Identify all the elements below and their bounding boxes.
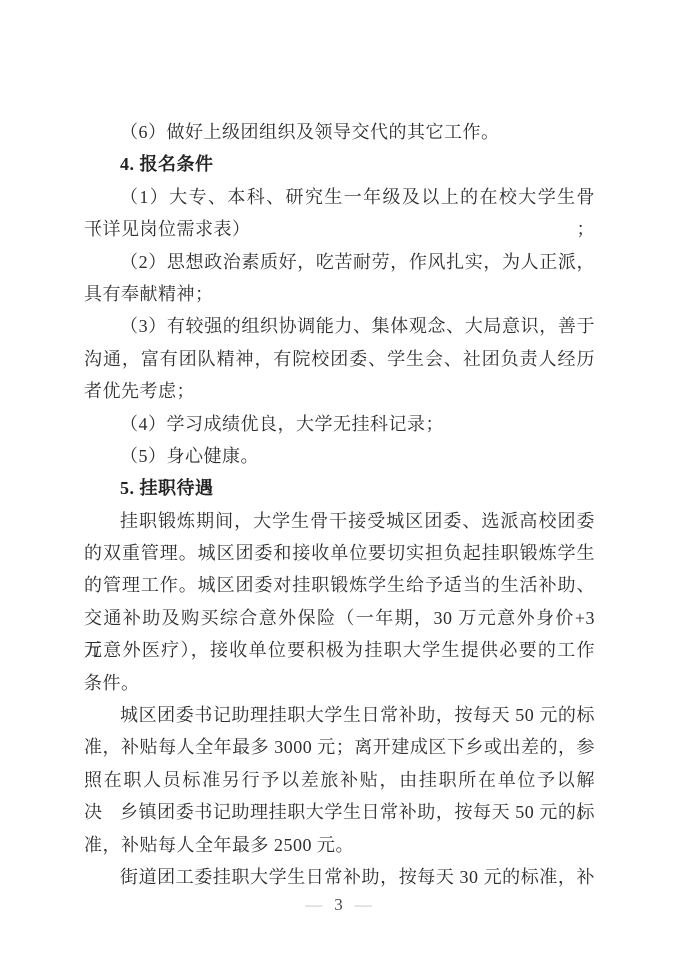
paragraph-line: （5）身心健康。 [84, 440, 595, 472]
document-page: （6）做好上级团组织及领导交代的其它工作。 4. 报名条件 （1）大专、本科、研… [0, 0, 679, 960]
paragraph-line: 条件。 [84, 667, 595, 699]
footer-dash-left: — [305, 895, 324, 914]
paragraph-line: 照在职人员标准另行予以差旅补贴，由挂职所在单位予以解决。 [84, 764, 595, 796]
paragraph-line: （3）有较强的组织协调能力、集体观念、大局意识，善于 [84, 310, 595, 342]
paragraph-line: 城区团委书记助理挂职大学生日常补助，按每天 50 元的标 [84, 699, 595, 731]
paragraph-line: 准，补贴每人全年最多 3000 元；离开建成区下乡或出差的，参 [84, 731, 595, 763]
paragraph-line: 具有奉献精神； [84, 278, 595, 310]
paragraph-line: 乡镇团委书记助理挂职大学生日常补助，按每天 50 元的标 [84, 796, 595, 828]
paragraph-line: 的管理工作。城区团委对挂职锻炼学生给予适当的生活补助、 [84, 569, 595, 601]
paragraph-line: （2）思想政治素质好，吃苦耐劳，作风扎实，为人正派， [84, 246, 595, 278]
paragraph-line: 沟通，富有团队精神，有院校团委、学生会、社团负责人经历 [84, 343, 595, 375]
paragraph-line: （6）做好上级团组织及领导交代的其它工作。 [84, 116, 595, 148]
footer-dash-right: — [355, 895, 374, 914]
paragraph-line: 元意外医疗），接收单位要积极为挂职大学生提供必要的工作 [84, 634, 595, 666]
page-footer: —3— [84, 894, 595, 916]
paragraph-line: 者优先考虑； [84, 375, 595, 407]
paragraph-line: 交通补助及购买综合意外保险（一年期，30 万元意外身价+3 万 [84, 602, 595, 634]
section-heading-5: 5. 挂职待遇 [84, 472, 595, 504]
paragraph-line: （1）大专、本科、研究生一年级及以上的在校大学生骨干； [84, 181, 595, 213]
paragraph-line: 的双重管理。城区团委和接收单位要切实担负起挂职锻炼学生 [84, 537, 595, 569]
paragraph-line: 准，补贴每人全年最多 2500 元。 [84, 829, 595, 861]
page-number: 3 [324, 895, 355, 914]
section-heading-4: 4. 报名条件 [84, 148, 595, 180]
paragraph-line: （4）学习成绩优良，大学无挂科记录； [84, 408, 595, 440]
paragraph-line: 街道团工委挂职大学生日常补助，按每天 30 元的标准，补 [84, 861, 595, 893]
paragraph-line: 挂职锻炼期间，大学生骨干接受城区团委、选派高校团委 [84, 505, 595, 537]
